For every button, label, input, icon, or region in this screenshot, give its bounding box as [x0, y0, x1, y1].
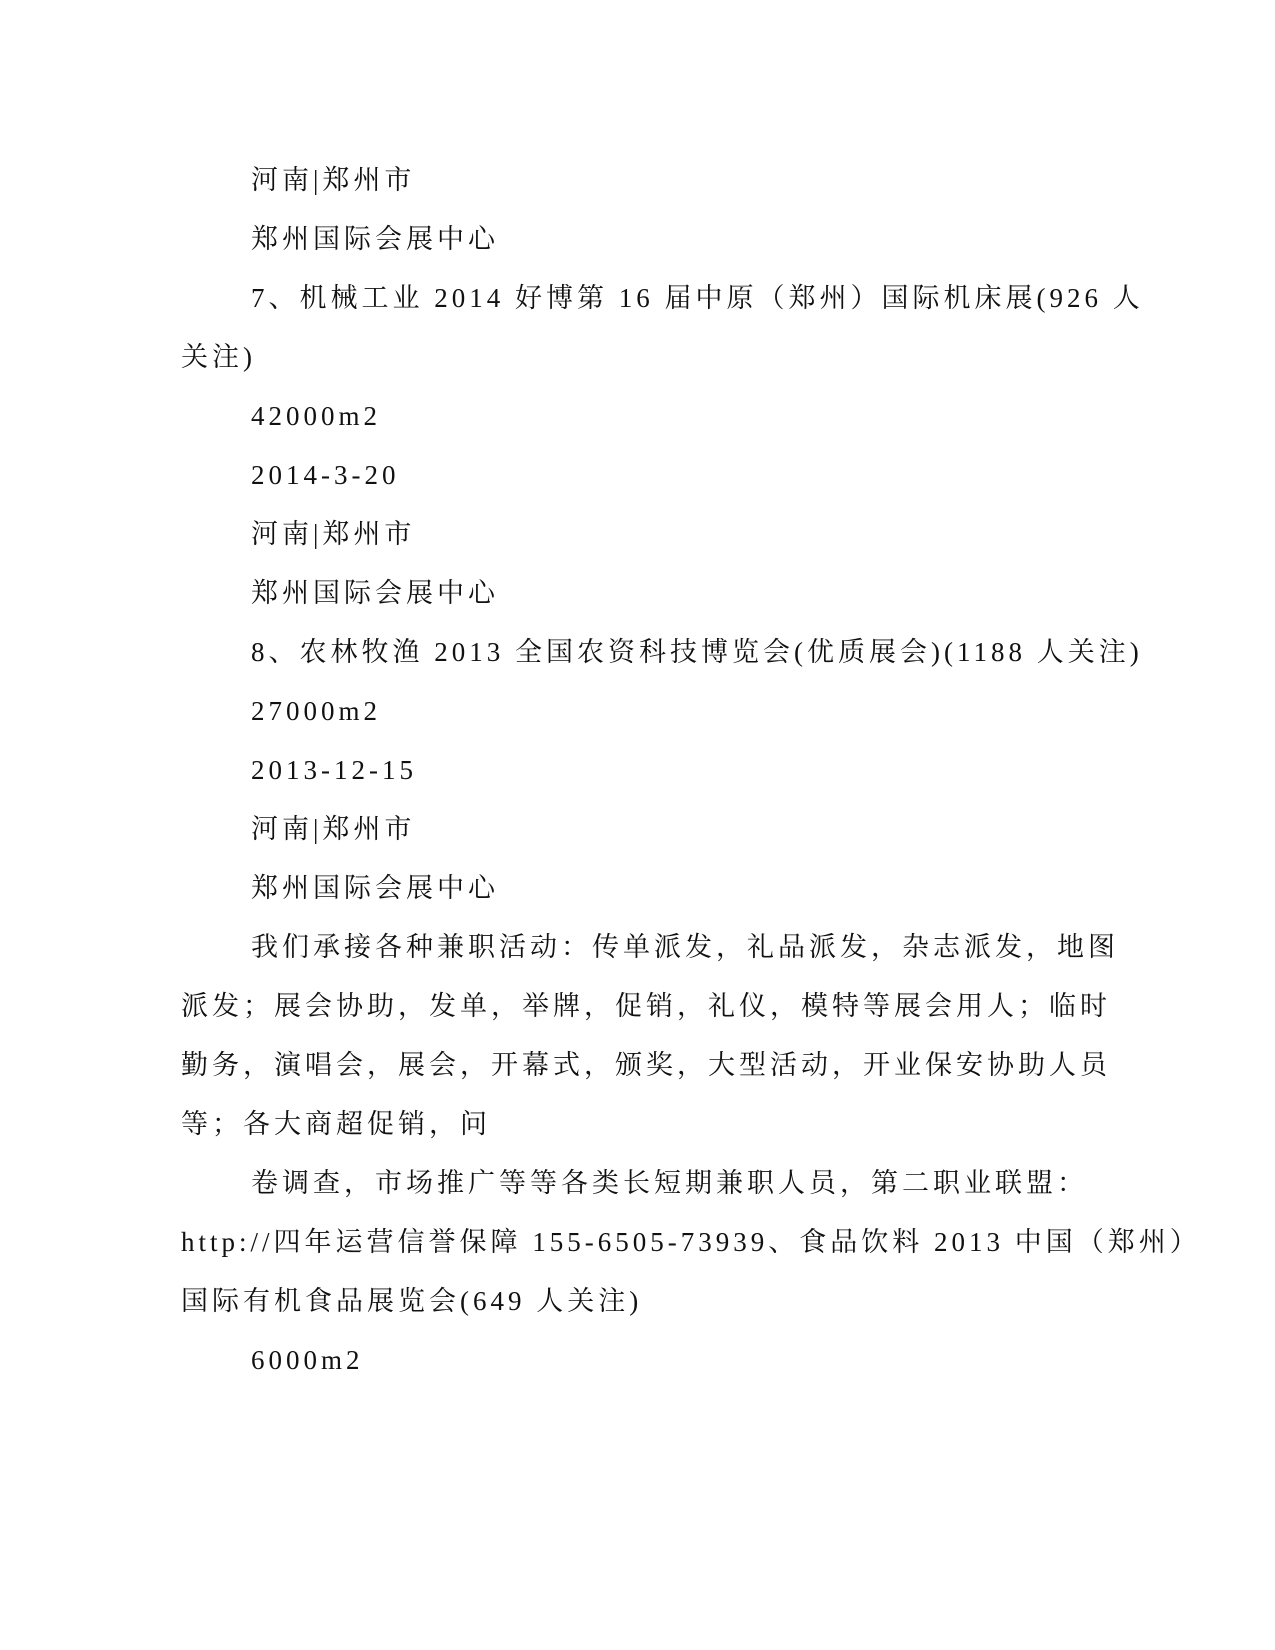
- ad-paragraph-line-3: 勤务，演唱会，展会，开幕式，颁奖，大型活动，开业保安协助人员: [181, 1048, 1111, 1082]
- exhibition-8-location: 河南|郑州市: [251, 812, 415, 846]
- exhibition-7-date: 2014-3-20: [251, 458, 399, 492]
- exhibition-8-date: 2013-12-15: [251, 753, 417, 787]
- ad-paragraph-line-4: 等；各大商超促销，问: [181, 1107, 491, 1141]
- ad-paragraph2-line-1: 卷调查，市场推广等等各类长短期兼职人员，第二职业联盟：: [251, 1166, 1088, 1200]
- ad-paragraph-line-1: 我们承接各种兼职活动：传单派发，礼品派发，杂志派发，地图: [251, 930, 1119, 964]
- exhibition-7-title-cont: 关注): [181, 340, 256, 374]
- exhibition-8-venue: 郑州国际会展中心: [251, 871, 499, 905]
- exhibition-8-title: 8、农林牧渔 2013 全国农资科技博览会(优质展会)(1188 人关注): [251, 635, 1143, 669]
- exhibition-9-area: 6000m2: [251, 1343, 364, 1377]
- exhibition-7-prev-venue: 郑州国际会展中心: [251, 222, 499, 256]
- exhibition-7-location: 河南|郑州市: [251, 517, 415, 551]
- document-page: 河南|郑州市 郑州国际会展中心 7、机械工业 2014 好博第 16 届中原（郑…: [0, 0, 1275, 1650]
- exhibition-7-title: 7、机械工业 2014 好博第 16 届中原（郑州）国际机床展(926 人: [251, 281, 1144, 315]
- ad-paragraph-line-2: 派发；展会协助，发单，举牌，促销，礼仪，模特等展会用人；临时: [181, 989, 1111, 1023]
- exhibition-7-area: 42000m2: [251, 399, 381, 433]
- exhibition-7-prev-location: 河南|郑州市: [251, 163, 415, 197]
- ad-paragraph2-line-2: http://四年运营信誉保障 155-6505-73939、食品饮料 2013…: [181, 1225, 1201, 1259]
- exhibition-7-venue: 郑州国际会展中心: [251, 576, 499, 610]
- exhibition-8-area: 27000m2: [251, 694, 381, 728]
- exhibition-9-title-cont: 国际有机食品展览会(649 人关注): [181, 1284, 642, 1318]
